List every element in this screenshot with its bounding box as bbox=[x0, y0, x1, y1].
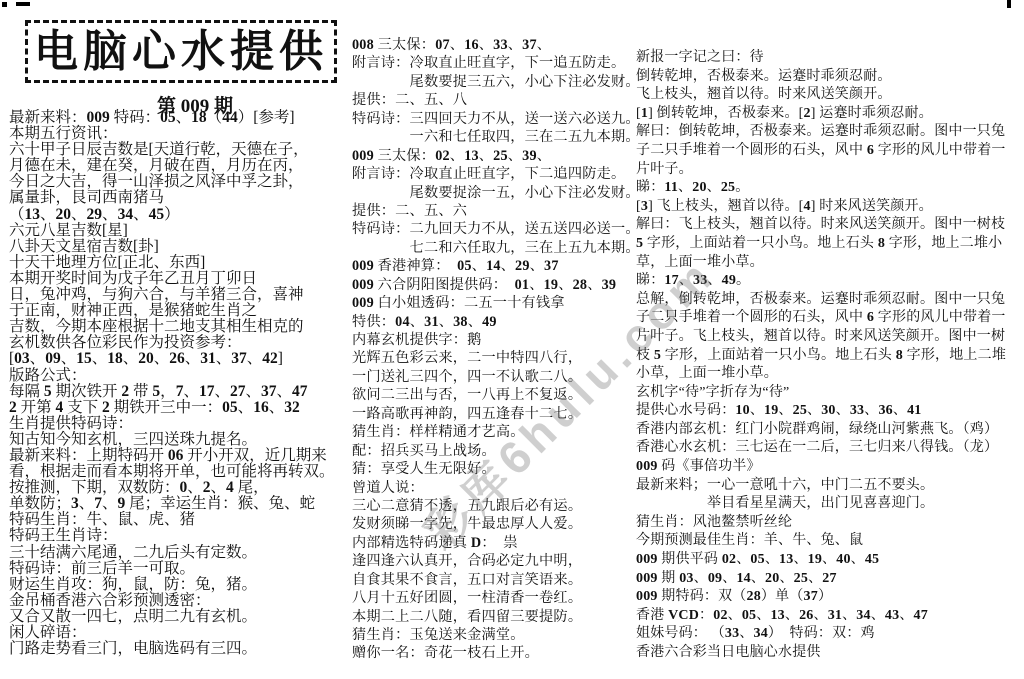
text-line: 单数防；3、7、9 尾；幸运生肖：猴、兔、蛇 bbox=[9, 496, 335, 512]
text-line: 光辉五色彩云来，二一中特四八行， bbox=[352, 349, 640, 367]
text-line: 009 白小姐透码：二五一十有钱拿 bbox=[352, 294, 640, 312]
text-line: 金吊桶香港六合彩预测透密： bbox=[9, 593, 335, 609]
text-line: 财运生肖攻：狗，鼠，防：兔，猪。 bbox=[9, 577, 335, 593]
text-line: 欲问二三出与否，一八再上不复返。 bbox=[352, 386, 640, 404]
text-line: 最新来料：009 特码：05、18（44）[参考] bbox=[9, 110, 335, 126]
text-line: 附言诗：冷取直止旺直字，下一追五防走。 bbox=[352, 54, 640, 72]
text-line: （13、20、29、34、45） bbox=[9, 207, 335, 223]
text-line: 009 期供平码 02、05、13、19、40、45 bbox=[636, 551, 1006, 570]
text-line: 曾道人说： bbox=[352, 479, 640, 497]
text-line: 尾数要捉涂一五，小心下注必发财。 bbox=[352, 184, 640, 202]
text-line: 香港六合彩当日电脑心水提供 bbox=[636, 644, 1006, 663]
text-line: 月德在未，建在癸，月破在酉，月历在丙， bbox=[9, 158, 335, 174]
text-line: 猜生肖：样样精通才艺高。 bbox=[352, 423, 640, 441]
text-line: 提供心水号码：10、19、25、30、33、36、41 bbox=[636, 402, 1006, 421]
text-line: 生肖提供特码诗： bbox=[9, 416, 335, 432]
text-line: 知古知今知玄机，三四送珠九提名。 bbox=[9, 432, 335, 448]
text-line: 六元八星吉数[星] bbox=[9, 223, 335, 239]
text-line: 2 开第 4 支下 2 期铁开三中一：05、16、32 bbox=[9, 400, 335, 416]
text-line: 子二只手堆着一个圆形的石头，风中 6 字形的风儿中带着一 bbox=[636, 142, 1006, 161]
text-line: 特码诗：前三后羊一可取。 bbox=[9, 561, 335, 577]
text-line: 玄机数供各位彩民作为投资参考： bbox=[9, 335, 335, 351]
text-line: 片叶子。飞上枝头，翘首以待。时来风送笑颜开。图中一树 bbox=[636, 328, 1006, 347]
text-line: 于正南，财神正西，是猴猪蛇生肖之 bbox=[9, 303, 335, 319]
text-line: 吉数，今期本座根据十二地支其相生相克的 bbox=[9, 319, 335, 335]
text-line: 009 香港神算： 05、14、29、37 bbox=[352, 257, 640, 275]
text-line: 本期二上二八随，看四留三要提防。 bbox=[352, 608, 640, 626]
text-line: 睇：11、20、25。 bbox=[636, 179, 1006, 198]
middle-column: 008 三太保：07、16、33、37、附言诗：冷取直止旺直字，下一追五防走。 … bbox=[352, 36, 640, 663]
text-line: 特码诗：三四回天力不从，送一送六必送九。 bbox=[352, 110, 640, 128]
text-line: 三十结满六尾通，二九后头有定数。 bbox=[9, 545, 335, 561]
text-line: 草，上面一堆小草。 bbox=[636, 254, 1006, 273]
text-line: 尾数要捉三五六，小心下注必发财。 bbox=[352, 73, 640, 91]
text-line: 香港心水玄机：三七运在一二后，三七归来八得钱。（龙） bbox=[636, 439, 1006, 458]
text-line: 一六和七任取四，三在二五九本期。 bbox=[352, 128, 640, 146]
text-line: 子二只手堆着一个圆形的石头，风中 6 字形的风儿中带着一 bbox=[636, 309, 1006, 328]
text-line: 解曰：倒转乾坤，否极泰来。运蹇时乖须忍耐。图中一只兔 bbox=[636, 123, 1006, 142]
text-line: 每隔 5 期次铁开 2 带 5，7、17、27、37、47 bbox=[9, 384, 335, 400]
title-box: 电脑心水提供 bbox=[25, 20, 337, 83]
text-line: 猜生肖：风池鳌禁听丝纶 bbox=[636, 514, 1006, 533]
text-line: 提供：二、五、八 bbox=[352, 91, 640, 109]
text-line: 提供：二、五、六 bbox=[352, 202, 640, 220]
text-line: 看，根据走而看本期将开单，也可能将再转双。 bbox=[9, 464, 335, 480]
text-line: 解曰：飞上枝头，翘首以待。时来风送笑颜开。图中一树枝 bbox=[636, 216, 1006, 235]
text-line: 发财须睇一字先，牛最忠厚人人爱。 bbox=[352, 515, 640, 533]
right-column: 新报一字记之曰：待倒转乾坤，否极泰来。运蹇时乖须忍耐。飞上枝头，翘首以待。时来风… bbox=[636, 49, 1006, 663]
text-line: 赠你一名：奇花一枝石上开。 bbox=[352, 644, 640, 662]
text-line: 属量卦，艮司西南猪马 bbox=[9, 190, 335, 206]
text-line: 八卦天文星宿吉数[卦] bbox=[9, 239, 335, 255]
text-line: 飞上枝头，翘首以待。时来风送笑颜开。 bbox=[636, 86, 1006, 105]
text-line: 按推测，下期，双数防：0、2、4 尾， bbox=[9, 480, 335, 496]
text-line: 日，兔冲鸡，与狗六合，与羊猪三合，喜神 bbox=[9, 287, 335, 303]
text-line: 自食其果不食言，五口对言笑语来。 bbox=[352, 571, 640, 589]
text-line: 片叶子。 bbox=[636, 161, 1006, 180]
text-line: 新报一字记之曰：待 bbox=[636, 49, 1006, 68]
text-line: 009 三太保：02、13、25、39、 bbox=[352, 147, 640, 165]
text-line: 睇：17、33、49。 bbox=[636, 272, 1006, 291]
text-line: 最新来料：上期特码开 06 开小开双，近几期来 bbox=[9, 448, 335, 464]
text-line: 版路公式： bbox=[9, 368, 335, 384]
text-line: 八月十五好团圆，一柱清香一卷红。 bbox=[352, 589, 640, 607]
text-line: 本期五行资讯： bbox=[9, 126, 335, 142]
text-line: 内幕玄机提供字：鹅 bbox=[352, 331, 640, 349]
text-line: 附言诗：冷取直止旺直字，下二追四防走。 bbox=[352, 165, 640, 183]
text-line: 今期预测最佳生肖：羊、牛、兔、鼠 bbox=[636, 532, 1006, 551]
page: 电脑心水提供 第 009 期 最新来料：009 特码：05、18（44）[参考]… bbox=[0, 0, 1024, 679]
text-line: 枝 5 字形，上面站着一只小鸟。地上石头 8 字形，地上二堆 bbox=[636, 347, 1006, 366]
text-line: 门路走势看三门，电脑选码有三四。 bbox=[9, 641, 335, 657]
text-line: 倒转乾坤，否极泰来。运蹇时乖须忍耐。 bbox=[636, 68, 1006, 87]
text-line: 玄机字“待”字折存为“待” bbox=[636, 384, 1006, 403]
text-line: 猜：享受人生无限好。 bbox=[352, 460, 640, 478]
text-line: 总解，倒转乾坤，否极泰来。运蹇时乖须忍耐。图中一只兔 bbox=[636, 291, 1006, 310]
text-line: 七二和六任取九，三在上五九本期。 bbox=[352, 239, 640, 257]
text-line: [03、09、15、18、20、26、31、37、42] bbox=[9, 351, 335, 367]
text-line: 特供：04、31、38、49 bbox=[352, 313, 640, 331]
page-title: 电脑心水提供 bbox=[34, 30, 328, 74]
left-column: 最新来料：009 特码：05、18（44）[参考]本期五行资讯：六十甲子日辰吉数… bbox=[9, 110, 335, 657]
text-line: 配：招兵买马上战场。 bbox=[352, 442, 640, 460]
text-line: 009 期 03、09、14、20、25、27 bbox=[636, 570, 1006, 589]
text-line: 最新来料；一心一意吼十六，中门二五不要头。 bbox=[636, 477, 1006, 496]
text-line: 小草，上面一堆小草。 bbox=[636, 365, 1006, 384]
text-line: 逢四逢六认真开，合码必定九中明， bbox=[352, 552, 640, 570]
text-line: 三心二意猜不透，五九跟后必有运。 bbox=[352, 497, 640, 515]
text-line: 香港 VCD：02、05、13、26、31、34、43、47 bbox=[636, 607, 1006, 626]
text-line: 姐妹号码： （33、34） 特码：双：鸡 bbox=[636, 625, 1006, 644]
text-line: 一路高歌再神韵，四五逢春十二七。 bbox=[352, 405, 640, 423]
text-line: 009 码《事倍功半》 bbox=[636, 458, 1006, 477]
text-line: 猜生肖：玉兔送来金满堂。 bbox=[352, 626, 640, 644]
text-line: 一门送礼三四个，四一不认歌二八。 bbox=[352, 368, 640, 386]
scan-mark bbox=[16, 2, 30, 6]
text-line: 香港内部玄机：红门小院群鸡闹，绿绕山河紫燕飞。（鸡） bbox=[636, 421, 1006, 440]
text-line: 特码王生肖诗： bbox=[9, 528, 335, 544]
text-line: 009 期特码：双（28）单（37） bbox=[636, 588, 1006, 607]
text-line: 本期开奖时间为戊子年乙丑月丁卯日 bbox=[9, 271, 335, 287]
text-line: [1] 倒转乾坤，否极泰来。[2] 运蹇时乖须忍耐。 bbox=[636, 105, 1006, 124]
scan-mark bbox=[1007, 0, 1011, 8]
text-line: 008 三太保：07、16、33、37、 bbox=[352, 36, 640, 54]
text-line: 举目看星星满天，出门见喜喜迎门。 bbox=[636, 495, 1006, 514]
text-line: [3] 飞上枝头，翘首以待。[4] 时来风送笑颜开。 bbox=[636, 198, 1006, 217]
text-line: 十天干地理方位[正北、东西] bbox=[9, 255, 335, 271]
text-line: 009 六合阴阳图提供码： 01、19、28、39 bbox=[352, 276, 640, 294]
text-line: 闲人碎语： bbox=[9, 625, 335, 641]
text-line: 六十甲子日辰吉数是[天道行乾，天德在子， bbox=[9, 142, 335, 158]
text-line: 5 字形，上面站着一只小鸟。地上石头 8 字形，地上二堆小 bbox=[636, 235, 1006, 254]
text-line: 特码诗：二九回天力不从，送五送四必送一。 bbox=[352, 220, 640, 238]
scan-mark bbox=[2, 2, 7, 7]
text-line: 内部精选特码递真 D： 祟 bbox=[352, 534, 640, 552]
text-line: 又合又散一四七，点明二九有玄机。 bbox=[9, 609, 335, 625]
